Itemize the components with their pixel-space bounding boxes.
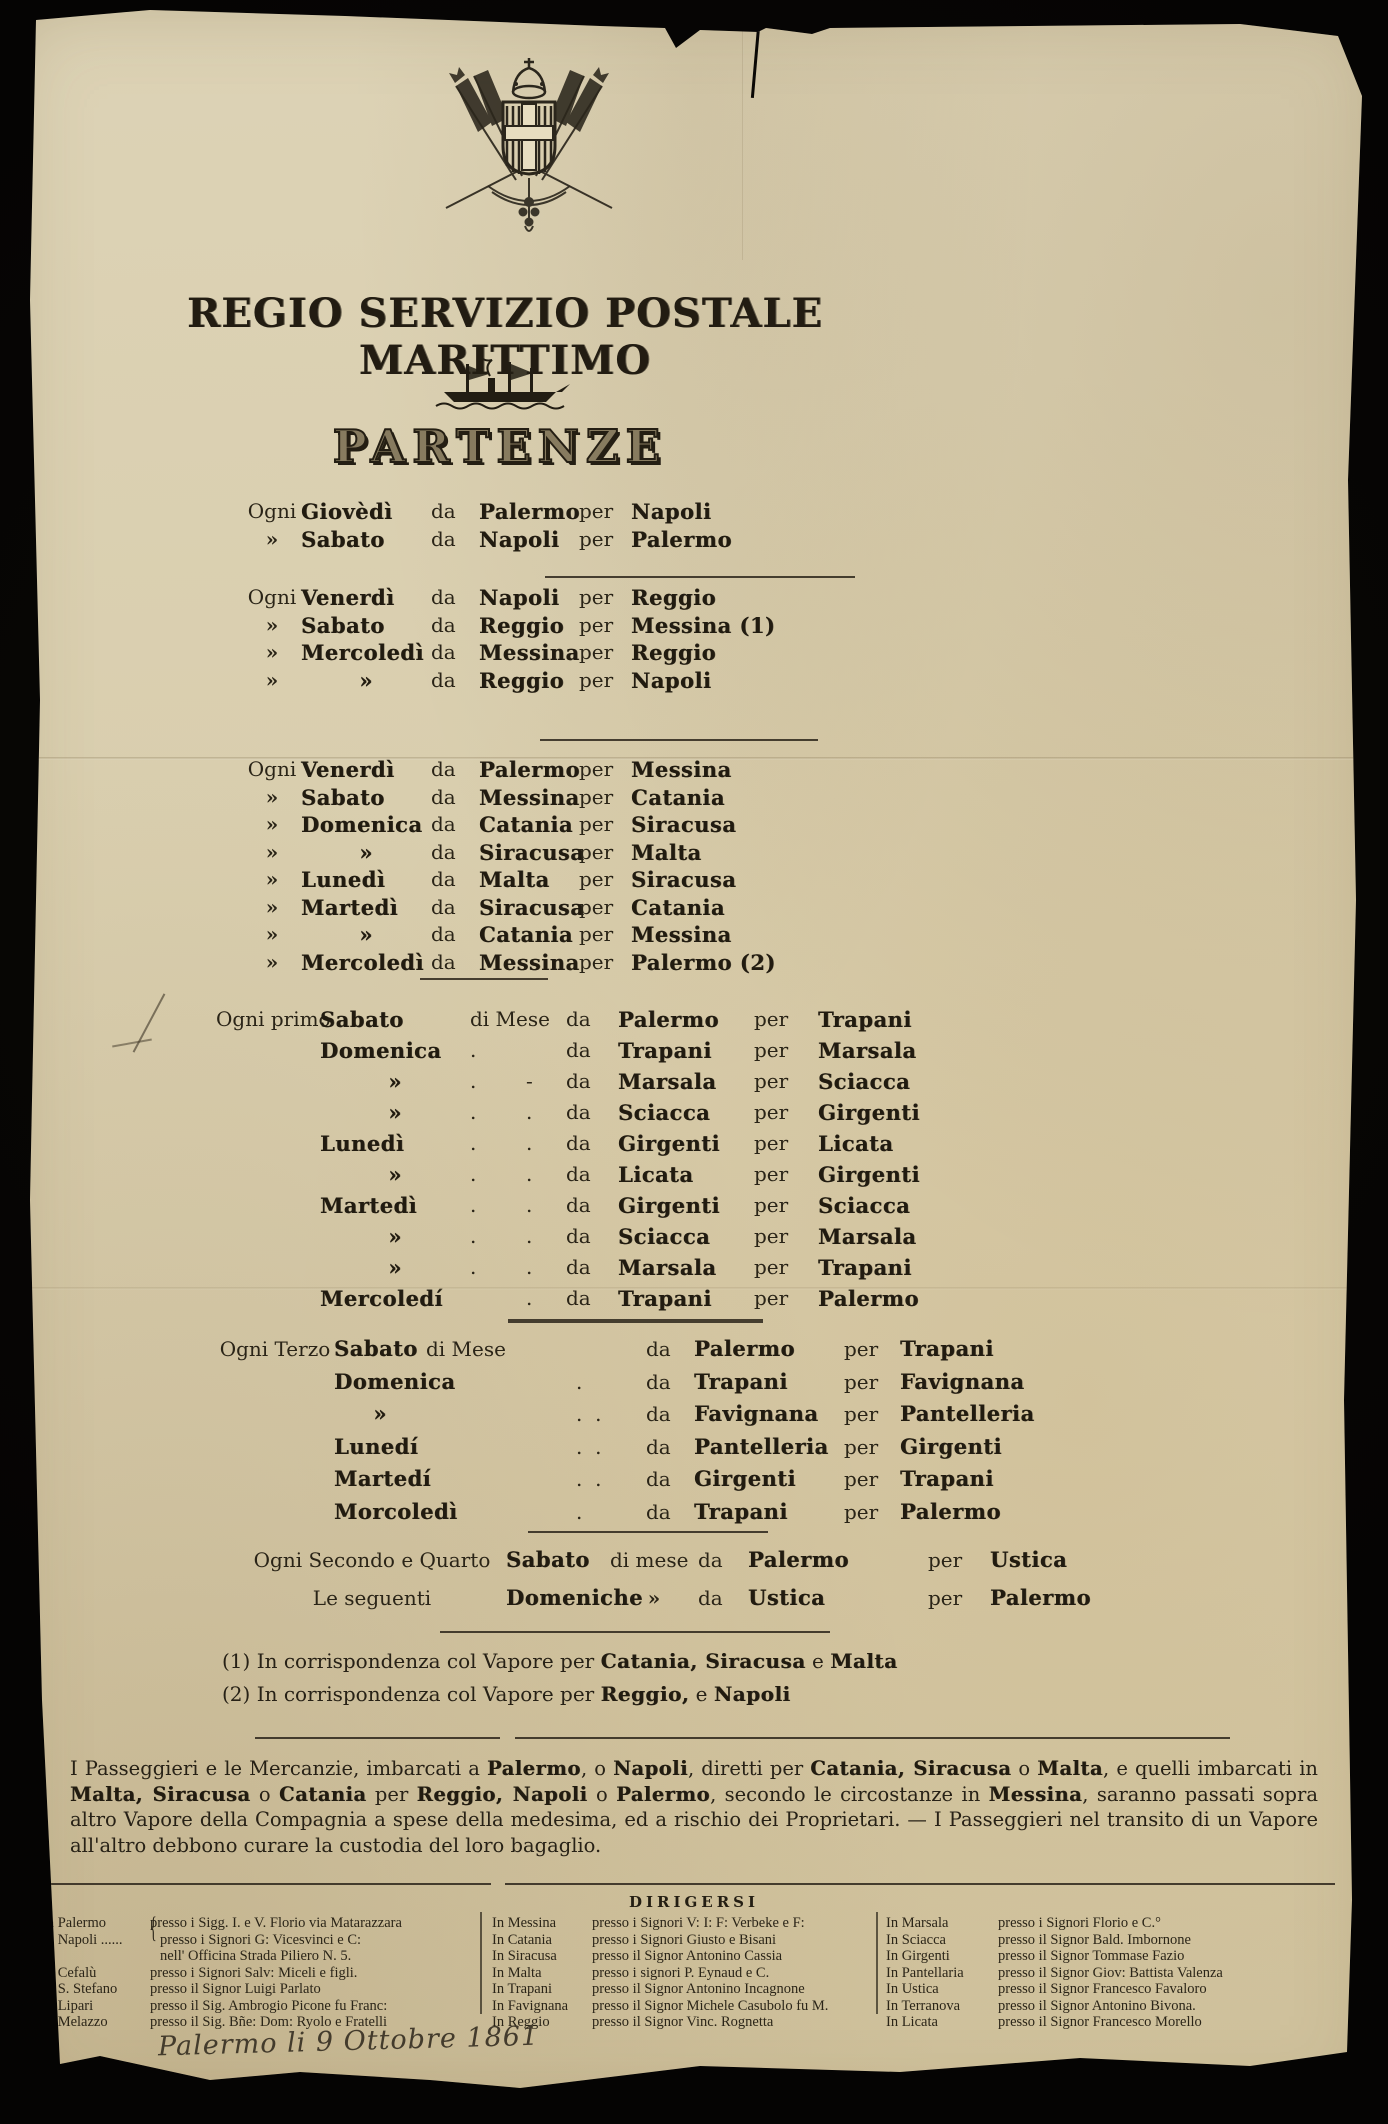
cell: » (320, 1252, 470, 1283)
cell: Reggio (479, 667, 579, 695)
agent-name: presso i Signori Florio e C.° (998, 1915, 1342, 1932)
schedule-block-5: Ogni TerzoSabatodi MesedaPalermoperTrapa… (216, 1333, 1035, 1528)
cell: per (844, 1333, 900, 1366)
cell: . . (576, 1463, 646, 1496)
cell: Napoli (479, 526, 579, 554)
pencil-mark (133, 993, 166, 1052)
cell: da (646, 1333, 694, 1366)
schedule-block-2: OgniVenerdìdaNapoliperReggio»SabatodaReg… (243, 584, 775, 694)
cell: da (566, 1128, 618, 1159)
emphasized-text: Catania, Siracusa (810, 1757, 1011, 1780)
schedule-block-4: Ogni primoSabatodi MesedaPalermoperTrapa… (216, 1004, 920, 1314)
footnotes: (1) In corrispondenza col Vapore per Cat… (222, 1645, 898, 1711)
schedule-row: »LunedìdaMaltaperSiracusa (243, 866, 776, 894)
cell: Palermo (818, 1283, 920, 1314)
cell: . . (576, 1431, 646, 1464)
schedule-row: »..daSciaccaperGirgenti (216, 1097, 920, 1128)
schedule-row: Ogni primoSabatodi MesedaPalermoperTrapa… (216, 1004, 920, 1035)
agents-list: In Palermopresso i Sigg. I. e V. Florio … (42, 1915, 1342, 2031)
divider (528, 1531, 768, 1533)
text: o (251, 1783, 279, 1806)
text: , secondo le circostanze in (710, 1783, 989, 1806)
cell: » (610, 1579, 698, 1617)
cell: . (576, 1366, 646, 1399)
cell: da (431, 839, 479, 867)
emphasized-text: Napoli (714, 1682, 791, 1706)
divider (505, 1883, 1335, 1885)
agent-place: In Terranova (886, 1998, 998, 2015)
cell: per (579, 639, 631, 667)
agent-name: presso i Signori Salv: Miceli e figli. (150, 1965, 478, 1982)
cell: da (566, 1066, 618, 1097)
agent-entry: In Terranovapresso il Signor Antonino Bi… (876, 1998, 1342, 2015)
cell: Sabato (506, 1541, 610, 1579)
cell: Catania (479, 811, 579, 839)
column-separator (876, 1912, 878, 2014)
text: e (806, 1649, 831, 1673)
cell (216, 1431, 334, 1464)
cell: » (301, 839, 431, 867)
emphasized-text: Malta (830, 1649, 897, 1673)
agent-place: In Melazzo (42, 2014, 150, 2031)
cell: da (646, 1496, 694, 1529)
schedule-row: OgniVenerdìdaPalermoperMessina (243, 756, 776, 784)
cell: Domenica (334, 1366, 426, 1399)
cell: Palermo (2) (631, 949, 776, 977)
cell: da (566, 1283, 618, 1314)
cell: per (754, 1128, 818, 1159)
cell: per (754, 1066, 818, 1097)
text: , e quelli imbarcati in (1103, 1757, 1318, 1780)
cell: da (431, 498, 479, 526)
cell: Sciacca (618, 1097, 754, 1128)
cell (426, 1463, 576, 1496)
cell: Girgenti (618, 1128, 754, 1159)
cell: da (431, 667, 479, 695)
cell: Ogni (243, 498, 301, 526)
emphasized-text: Malta (1037, 1757, 1103, 1780)
divider (540, 739, 818, 741)
cell (216, 1066, 320, 1097)
agent-place: In Catania (492, 1932, 592, 1949)
cell: Siracusa (631, 866, 776, 894)
cell (216, 1159, 320, 1190)
agent-name: presso il Signor Michele Casubolo fu M. (592, 1998, 876, 2015)
cell (216, 1398, 334, 1431)
emphasized-text: Messina (989, 1783, 1083, 1806)
footnote: (1) In corrispondenza col Vapore per Cat… (222, 1645, 898, 1678)
cell: » (334, 1398, 426, 1431)
emphasized-text: Catania (279, 1783, 367, 1806)
cell: da (698, 1541, 748, 1579)
footnote: (2) In corrispondenza col Vapore per Reg… (222, 1678, 898, 1711)
agent-entry: In Favignanapresso il Signor Michele Cas… (478, 1998, 876, 2015)
fold-crease (742, 0, 744, 260)
cell: per (579, 839, 631, 867)
cell: Siracusa (631, 811, 776, 839)
cell: per (754, 1190, 818, 1221)
cell: Pantelleria (694, 1431, 844, 1464)
cell (216, 1463, 334, 1496)
cell: » (243, 526, 301, 554)
cell: da (431, 949, 479, 977)
divider (508, 1319, 763, 1323)
cell: Sabato (301, 784, 431, 812)
text: e (689, 1682, 714, 1706)
cell: Malta (479, 866, 579, 894)
cell: . (526, 1159, 566, 1190)
cell: Martedí (334, 1463, 426, 1496)
agent-place: In Sciacca (886, 1932, 998, 1949)
cell: » (243, 612, 301, 640)
cell: per (579, 811, 631, 839)
cell: Reggio (479, 612, 579, 640)
agent-entry: In Usticapresso il Signor Francesco Fava… (876, 1981, 1342, 1998)
cell (426, 1431, 576, 1464)
agent-entry: In Liparipresso il Sig. Ambrogio Picone … (42, 1998, 478, 2015)
agent-name: presso il Sig. Ambrogio Picone fu Franc: (150, 1998, 478, 2015)
agent-entry: In Licatapresso il Signor Francesco More… (876, 2014, 1342, 2031)
cell: Catania (631, 894, 776, 922)
agent-place: In Trapani (492, 1981, 592, 1998)
divider (420, 978, 548, 980)
agent-place: In S. Stefano (42, 1981, 150, 1998)
cell: Siracusa (479, 839, 579, 867)
cell: . (526, 1283, 566, 1314)
cell: Trapani (900, 1463, 1035, 1496)
cell: da (566, 1221, 618, 1252)
schedule-row: »»daReggioperNapoli (243, 667, 775, 695)
cell (526, 1035, 566, 1066)
schedule-row: OgniVenerdìdaNapoliperReggio (243, 584, 775, 612)
cell: Palermo (631, 526, 732, 554)
agents-column-1: In Palermopresso i Sigg. I. e V. Florio … (42, 1915, 478, 2031)
cell: . . (576, 1398, 646, 1431)
cell: di Mese (426, 1333, 576, 1366)
text: I Passeggieri e le Mercanzie, imbarcati … (70, 1757, 487, 1780)
emphasized-text: Reggio, Napoli (417, 1783, 588, 1806)
cell: per (579, 612, 631, 640)
schedule-row: »»daSiracusaperMalta (243, 839, 776, 867)
cell: Mercoledì (301, 949, 431, 977)
schedule-row: »MercoledìdaMessinaperPalermo (2) (243, 949, 776, 977)
cell: » (243, 866, 301, 894)
schedule-row: Ogni TerzoSabatodi MesedaPalermoperTrapa… (216, 1333, 1035, 1366)
cell: » (320, 1221, 470, 1252)
divider (515, 1737, 1230, 1739)
cell: Palermo (479, 756, 579, 784)
cell: » (243, 811, 301, 839)
cell: » (243, 894, 301, 922)
cell: da (566, 1190, 618, 1221)
text: , diretti per (688, 1757, 810, 1780)
cell: Palermo (900, 1496, 1035, 1529)
cell: » (243, 921, 301, 949)
cell: Trapani (694, 1366, 844, 1399)
cell: Sciacca (818, 1066, 920, 1097)
cell: . (470, 1097, 526, 1128)
agent-address: nell' Officina Strada Piliero N. 5. (160, 1948, 478, 1965)
cell: . (470, 1159, 526, 1190)
schedule-row: »..daSciaccaperMarsala (216, 1221, 920, 1252)
cell: Domenica (301, 811, 431, 839)
cell: Ogni primo (216, 1004, 320, 1035)
cell: Favignana (694, 1398, 844, 1431)
cell: Girgenti (818, 1159, 920, 1190)
cell (216, 1097, 320, 1128)
cell: . (526, 1190, 566, 1221)
cell (426, 1398, 576, 1431)
schedule-row: Domenica.daTrapaniperMarsala (216, 1035, 920, 1066)
agent-place: In Licata (886, 2014, 998, 2031)
agent-name: presso il Signor Vinc. Rognetta (592, 2014, 876, 2031)
cell: Sabato (334, 1333, 426, 1366)
cell: Palermo (694, 1333, 844, 1366)
agent-name: presso i signori P. Eynaud e C. (592, 1965, 876, 1982)
agent-name: presso il Signor Francesco Favaloro (998, 1981, 1342, 1998)
cell: » (243, 839, 301, 867)
cell: per (579, 784, 631, 812)
partenze-heading: PARTENZE (298, 420, 702, 473)
cell: da (566, 1004, 618, 1035)
brace: { (150, 1913, 160, 1982)
cell: » (243, 667, 301, 695)
schedule-row: »..daLicataperGirgenti (216, 1159, 920, 1190)
agent-name: presso il Signor Antonino Bivona. (998, 1998, 1342, 2015)
cell: Lunedì (320, 1128, 470, 1159)
paper-tear (751, 26, 760, 98)
cell: da (566, 1097, 618, 1128)
cell: da (646, 1431, 694, 1464)
agent-name: presso il Signor Tommase Fazio (998, 1948, 1342, 1965)
agent-name: presso il Signor Luigi Parlato (150, 1981, 478, 1998)
schedule-row: »SabatodaReggioperMessina (1) (243, 612, 775, 640)
agent-entry: In Girgentipresso il Signor Tommase Fazi… (876, 1948, 1342, 1965)
cell: Trapani (818, 1252, 920, 1283)
cell: Ogni (243, 584, 301, 612)
cell: Le seguenti (238, 1579, 506, 1617)
agent-entry: In Pantellariapresso il Signor Giov: Bat… (876, 1965, 1342, 1982)
notice-paragraph: I Passeggieri e le Mercanzie, imbarcati … (70, 1756, 1318, 1858)
cell: Girgenti (618, 1190, 754, 1221)
cell: » (243, 639, 301, 667)
cell: Sciacca (818, 1190, 920, 1221)
cell: . (526, 1252, 566, 1283)
cell: » (301, 667, 431, 695)
cell: Girgenti (900, 1431, 1035, 1464)
cell: per (844, 1431, 900, 1464)
cell: per (579, 584, 631, 612)
cell: per (754, 1097, 818, 1128)
cell: da (431, 526, 479, 554)
cell: Palermo (990, 1579, 1091, 1617)
cell: da (431, 584, 479, 612)
agent-place: In Malta (492, 1965, 592, 1982)
text: (1) In corrispondenza col Vapore per (222, 1649, 601, 1673)
schedule-block-1: OgniGiovèdìdaPalermoperNapoli»SabatodaNa… (243, 498, 732, 553)
schedule-row: ». .daFavignanaperPantelleria (216, 1398, 1035, 1431)
cell: Sabato (320, 1004, 470, 1035)
agents-column-2: In Messinapresso i Signori V: I: F: Verb… (478, 1915, 876, 2031)
dirigersi-heading: DIRIGERSI (0, 1893, 1388, 1911)
cell: Marsala (618, 1252, 754, 1283)
cell: Messina (631, 921, 776, 949)
cell: » (243, 949, 301, 977)
agent-name: presso il Signor Giov: Battista Valenza (998, 1965, 1342, 1982)
cell: Catania (631, 784, 776, 812)
cell (526, 1004, 566, 1035)
cell (216, 1283, 320, 1314)
cell: Marsala (818, 1035, 920, 1066)
schedule-row: Mercoledí.daTrapaniperPalermo (216, 1283, 920, 1314)
cell: da (431, 866, 479, 894)
emphasized-text: Reggio, (601, 1682, 690, 1706)
cell: Girgenti (818, 1097, 920, 1128)
divider (440, 1631, 830, 1633)
cell: di Mese (470, 1004, 526, 1035)
cell: . (526, 1097, 566, 1128)
cell: da (566, 1252, 618, 1283)
emphasized-text: Palermo (487, 1757, 581, 1780)
cell: per (844, 1463, 900, 1496)
agent-place: In Pantellaria (886, 1965, 998, 1982)
cell: Sabato (301, 612, 431, 640)
steamship-icon (430, 352, 572, 414)
agent-entry: In Palermopresso i Sigg. I. e V. Florio … (42, 1915, 478, 1932)
cell: . (526, 1221, 566, 1252)
cell (576, 1333, 646, 1366)
cell: Lunedí (334, 1431, 426, 1464)
cell (426, 1496, 576, 1529)
cell: per (928, 1541, 990, 1579)
cell: da (646, 1366, 694, 1399)
agent-place: In Favignana (492, 1998, 592, 2015)
cell: per (579, 498, 631, 526)
agent-name: presso i Sigg. I. e V. Florio via Matara… (150, 1915, 478, 1932)
schedule-row: Morcoledì.daTrapaniperPalermo (216, 1496, 1035, 1529)
cell: Domenica (320, 1035, 470, 1066)
divider (36, 1883, 491, 1885)
cell: per (754, 1035, 818, 1066)
cell: Messina (479, 784, 579, 812)
cell: per (754, 1221, 818, 1252)
agent-place: In Siracusa (492, 1948, 592, 1965)
agent-place: In Ustica (886, 1981, 998, 1998)
cell: Ogni Terzo (216, 1333, 334, 1366)
text: o (1011, 1757, 1037, 1780)
agent-entry: In Messinapresso i Signori V: I: F: Verb… (478, 1915, 876, 1932)
agent-name: presso il Signor Antonino Cassia (592, 1948, 876, 1965)
cell: da (431, 811, 479, 839)
agent-name: presso i Signori V: I: F: Verbeke e F: (592, 1915, 876, 1932)
agent-name: presso il Signor Francesco Morello (998, 2014, 1342, 2031)
cell: Ogni Secondo e Quarto (238, 1541, 506, 1579)
schedule-row: Lunedì..daGirgentiperLicata (216, 1128, 920, 1159)
cell: Catania (479, 921, 579, 949)
schedule-row: Martedí. .daGirgentiperTrapani (216, 1463, 1035, 1496)
cell (216, 1128, 320, 1159)
cell: Messina (479, 949, 579, 977)
agent-entry: In Napoli ......{presso i Signori G: Vic… (42, 1932, 478, 1965)
cell: da (431, 756, 479, 784)
cell: per (754, 1004, 818, 1035)
cell: - (526, 1066, 566, 1097)
cell: da (431, 894, 479, 922)
cell: per (579, 526, 631, 554)
cell: da (566, 1159, 618, 1190)
cell: Reggio (631, 639, 775, 667)
schedule-row: »MartedìdaSiracusaperCatania (243, 894, 776, 922)
cell: Martedì (301, 894, 431, 922)
cell: Girgenti (694, 1463, 844, 1496)
cell: da (431, 921, 479, 949)
schedule-row: ».-daMarsalaperSciacca (216, 1066, 920, 1097)
cell: Palermo (479, 498, 579, 526)
cell: Trapani (618, 1283, 754, 1314)
agent-place: In Messina (492, 1915, 592, 1932)
cell: Sabato (301, 526, 431, 554)
cell: Martedì (320, 1190, 470, 1221)
agent-entry: In Trapanipresso il Signor Antonino Inca… (478, 1981, 876, 1998)
agent-entry: In Sciaccapresso il Signor Bald. Imborno… (876, 1932, 1342, 1949)
emphasized-text: Napoli (613, 1757, 688, 1780)
cell: Napoli (631, 667, 775, 695)
agent-place: In Marsala (886, 1915, 998, 1932)
cell: per (844, 1366, 900, 1399)
photo-background: REGIO SERVIZIO POSTALE MARITTIMO PARTENZ… (0, 0, 1388, 2124)
cell: per (579, 667, 631, 695)
cell: Mercoledì (301, 639, 431, 667)
schedule-row: OgniGiovèdìdaPalermoperNapoli (243, 498, 732, 526)
cell: per (844, 1398, 900, 1431)
text: per (367, 1783, 417, 1806)
cell: da (431, 639, 479, 667)
schedule-row: »»daCataniaperMessina (243, 921, 776, 949)
cell: da (566, 1035, 618, 1066)
cell: Trapani (694, 1496, 844, 1529)
cell: Pantelleria (900, 1398, 1035, 1431)
agent-name: presso i Signori G: Vicesvinci e C: (160, 1932, 478, 1949)
cell: per (579, 921, 631, 949)
cell: » (320, 1066, 470, 1097)
cell (216, 1190, 320, 1221)
emphasized-text: Palermo (616, 1783, 710, 1806)
cell: da (698, 1579, 748, 1617)
cell (470, 1283, 526, 1314)
agents-column-3: In Marsalapresso i Signori Florio e C.°I… (876, 1915, 1342, 2031)
divider (545, 576, 855, 578)
cell: da (646, 1463, 694, 1496)
cell: Palermo (748, 1541, 928, 1579)
schedule-row: »MercoledìdaMessinaperReggio (243, 639, 775, 667)
cell: » (320, 1097, 470, 1128)
agent-entry: In Marsalapresso i Signori Florio e C.° (876, 1915, 1342, 1932)
cell: Favignana (900, 1366, 1035, 1399)
cell: Licata (618, 1159, 754, 1190)
poster: REGIO SERVIZIO POSTALE MARITTIMO PARTENZ… (0, 0, 1388, 2124)
cell: . (526, 1128, 566, 1159)
cell: da (431, 784, 479, 812)
schedule-row: »SabatodaMessinaperCatania (243, 784, 776, 812)
cell: Lunedì (301, 866, 431, 894)
cell: Messina (631, 756, 776, 784)
agent-name: presso i Signori Giusto e Bisani (592, 1932, 876, 1949)
cell: Marsala (818, 1221, 920, 1252)
cell: per (754, 1252, 818, 1283)
cell: Sciacca (618, 1221, 754, 1252)
cell: Licata (818, 1128, 920, 1159)
cell: Trapani (818, 1004, 920, 1035)
